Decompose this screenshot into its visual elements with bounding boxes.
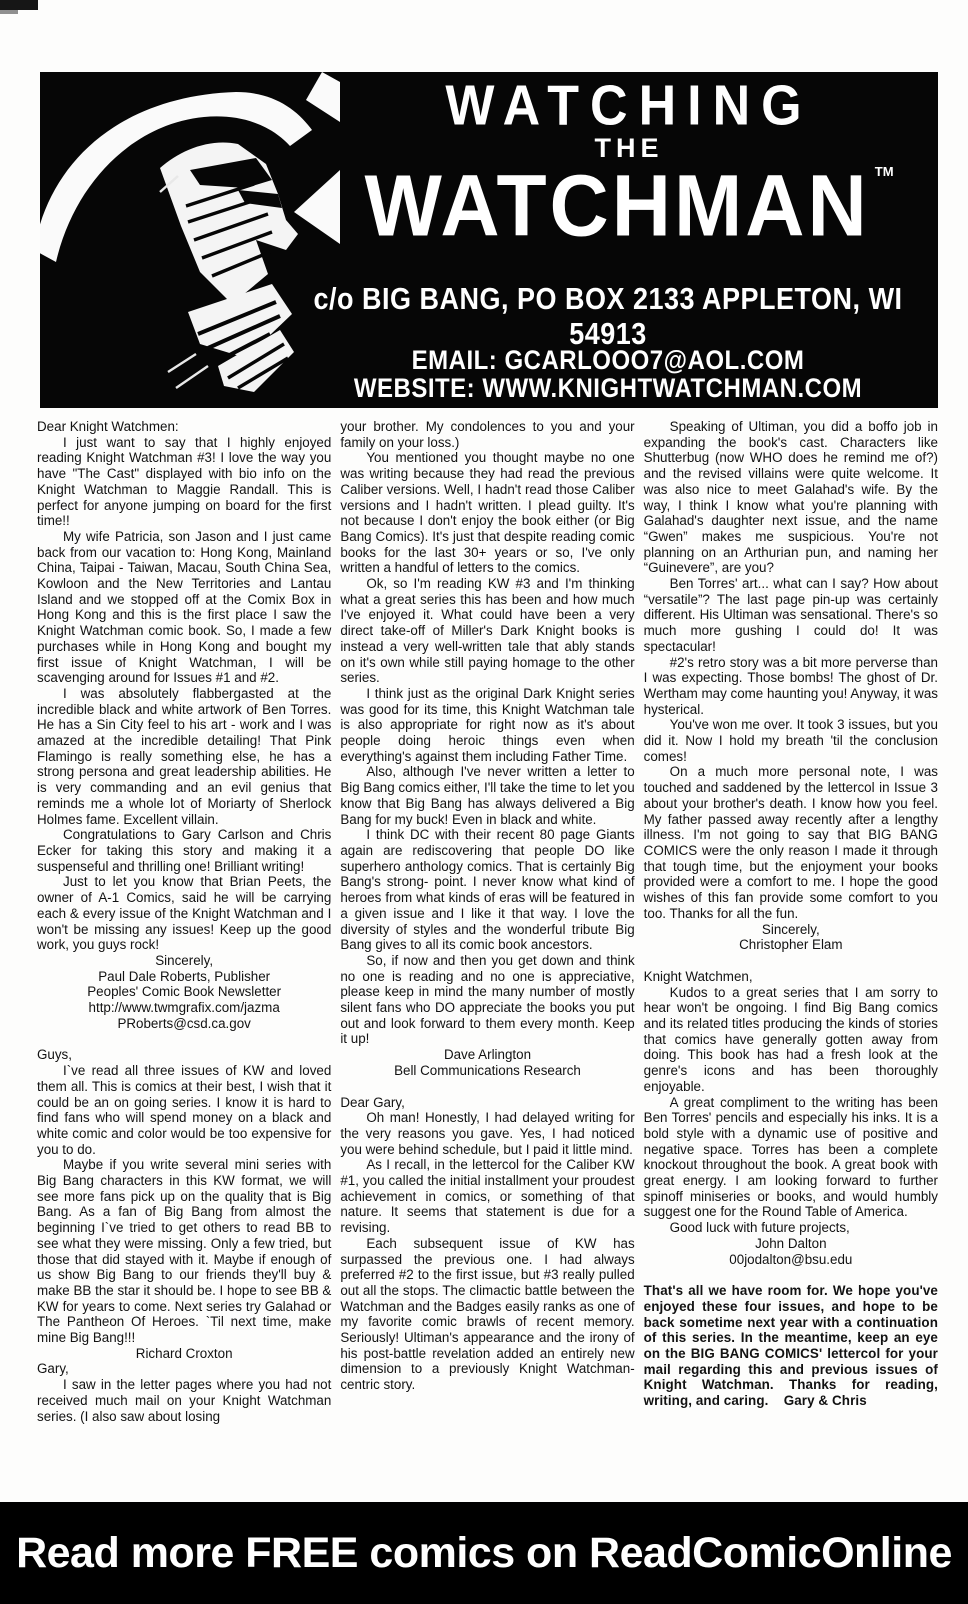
letter-paragraph: Each subsequent issue of KW has surpasse… [340,1236,634,1393]
letter-paragraph: I think DC with their recent 80 page Gia… [340,827,634,953]
letter-column-1: Dear Knight Watchmen:I just want to say … [37,419,331,1499]
letters-page: WATCHING THE WATCHMANTM c/o BIG BANG, PO… [0,0,968,1604]
letter-paragraph: Ok, so I'm reading KW #3 and I'm thinkin… [340,576,634,686]
letter-paragraph: My wife Patricia, son Jason and I just c… [37,529,331,686]
letter-paragraph: I saw in the letter pages where you had … [37,1377,331,1424]
letters-columns: Dear Knight Watchmen:I just want to say … [37,419,938,1499]
editor-closing-note: That's all we have room for. We hope you… [644,1283,938,1409]
letter-paragraph: Also, although I've never written a lett… [340,764,634,827]
letter-paragraph: I just want to say that I highly enjoyed… [37,435,331,529]
website-address: WEBSITE: WWW.KNIGHTWATCHMAN.COM [286,374,930,405]
letter-paragraph: Good luck with future projects, [644,1220,938,1236]
letter-paragraph: A great compliment to the writing has be… [644,1095,938,1221]
footer-banner: Read more FREE comics on ReadComicOnline [0,1502,968,1604]
trademark-mark: TM [875,164,894,179]
letter-column-2: your brother. My condolences to you and … [340,419,634,1499]
letter-paragraph: your brother. My condolences to you and … [340,419,634,450]
letter-column-3: Speaking of Ultiman, you did a boffo job… [644,419,938,1499]
letter-gap [644,953,938,969]
letter-signature-line: Bell Communications Research [340,1063,634,1079]
letter-salutation: Gary, [37,1361,331,1377]
email-address: EMAIL: GCARLOOO7@AOL.COM [286,346,930,377]
letter-paragraph: Maybe if you write several mini series w… [37,1157,331,1345]
letter-salutation: Knight Watchmen, [644,969,938,985]
letter-gap [37,1031,331,1047]
letter-signature-line: Sincerely, [37,953,331,969]
letter-signature-line: John Dalton [644,1236,938,1252]
footer-watermark-link[interactable]: Read more FREE comics on ReadComicOnline [16,1529,952,1578]
masthead: WATCHING THE WATCHMANTM c/o BIG BANG, PO… [40,72,938,408]
letter-paragraph: Speaking of Ultiman, you did a boffo job… [644,419,938,576]
logo: WATCHING THE WATCHMANTM [328,80,930,247]
letter-paragraph: I was absolutely flabbergasted at the in… [37,686,331,827]
scan-corner-mark-2 [0,10,18,14]
letter-salutation: Dear Gary, [340,1095,634,1111]
letter-signature-line: Christopher Elam [644,937,938,953]
letter-paragraph: On a much more personal note, I was touc… [644,764,938,921]
letter-paragraph: I`ve read all three issues of KW and lov… [37,1063,331,1157]
letter-paragraph: Oh man! Honestly, I had delayed writing … [340,1110,634,1157]
letter-signature-line: Richard Croxton [37,1346,331,1362]
letter-paragraph: As I recall, in the lettercol for the Ca… [340,1157,634,1236]
scan-corner-mark [0,0,38,10]
letter-signature-line: PRoberts@csd.ca.gov [37,1016,331,1032]
logo-line-watchman: WATCHMAN [364,165,869,250]
letter-salutation: Guys, [37,1047,331,1063]
letter-signature-line: 00jodalton@bsu.edu [644,1252,938,1268]
letter-signature-line: Peoples' Comic Book Newsletter [37,984,331,1000]
letter-paragraph: Congratulations to Gary Carlson and Chri… [37,827,331,874]
letter-paragraph: You've won me over. It took 3 issues, bu… [644,717,938,764]
letter-gap [340,1079,634,1095]
letter-paragraph: Just to let you know that Brian Peets, t… [37,874,331,953]
letter-paragraph: Kudos to a great series that I am sorry … [644,985,938,1095]
letter-paragraph: Ben Torres' art... what can I say? How a… [644,576,938,655]
letter-signature-line: Paul Dale Roberts, Publisher [37,969,331,985]
letter-paragraph: I think just as the original Dark Knight… [340,686,634,765]
letter-salutation: Dear Knight Watchmen: [37,419,331,435]
mailing-address: c/o BIG BANG, PO BOX 2133 APPLETON, WI 5… [286,282,930,351]
letter-paragraph: So, if now and then you get down and thi… [340,953,634,1047]
letter-signature-line: Dave Arlington [340,1047,634,1063]
logo-line-watching: WATCHING [328,78,930,134]
letter-paragraph: You mentioned you thought maybe no one w… [340,450,634,576]
letter-paragraph: #2's retro story was a bit more perverse… [644,655,938,718]
letter-gap [644,1267,938,1283]
letter-signature-line: http://www.twmgrafix.com/jazma [37,1000,331,1016]
letter-signature-line: Sincerely, [644,922,938,938]
contact-block: c/o BIG BANG, PO BOX 2133 APPLETON, WI 5… [286,286,930,403]
